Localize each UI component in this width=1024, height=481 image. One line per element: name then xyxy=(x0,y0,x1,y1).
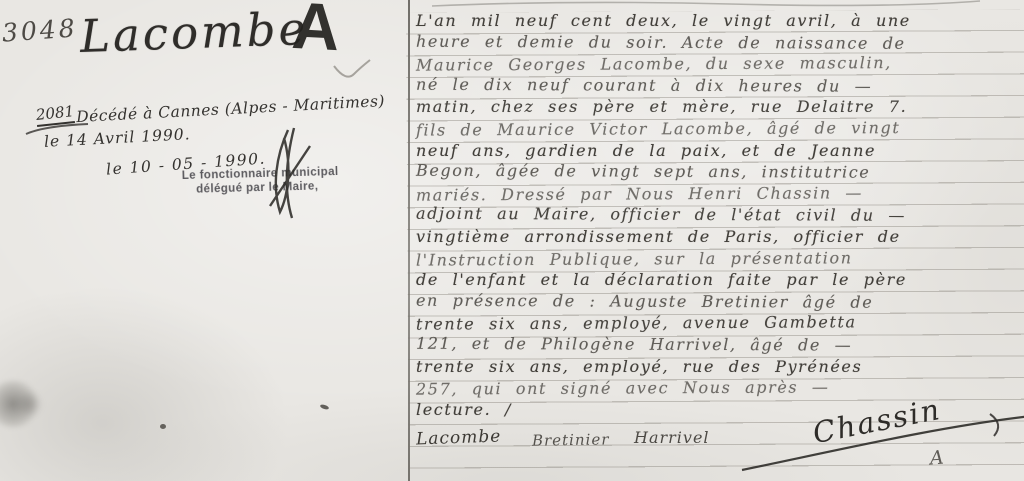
act-line: né le dix neuf courant à dix heures du — xyxy=(416,73,1016,97)
margin-column: 3048 Lacombe A 2081 Décédé à Cannes (Alp… xyxy=(0,0,410,481)
act-line: fils de Maurice Victor Lacombe, âgé de v… xyxy=(416,116,1016,141)
underline-flourish-icon xyxy=(24,122,94,142)
ink-stain-soft xyxy=(14,392,44,416)
act-line: l'Instruction Publique, sur la présentat… xyxy=(416,246,1016,271)
signature-bretinier: Bretinier xyxy=(532,430,610,449)
act-line: trente six ans, employé, rue des Pyrénée… xyxy=(416,356,1016,378)
act-column: L'an mil neuf cent deux, le vingt avril,… xyxy=(410,0,1024,481)
act-line: Begon, âgée de vingt sept ans, institutr… xyxy=(416,160,1016,184)
signature-harrivel: Harrivel xyxy=(634,428,710,447)
registry-number: 3048 xyxy=(1,13,78,47)
official-signature-icon xyxy=(258,126,328,226)
ink-dot xyxy=(320,404,330,411)
act-line: heure et demie du soir. Acte de naissanc… xyxy=(416,30,1016,54)
ink-dot xyxy=(160,424,166,429)
act-line: de l'enfant et la déclaration faite par … xyxy=(416,269,1016,291)
act-line: matin, chez ses père et mère, rue Delait… xyxy=(416,96,1016,118)
surname-heading: Lacombe xyxy=(79,2,309,63)
signature-flourish-icon xyxy=(740,408,1024,478)
top-flourish-icon xyxy=(430,0,990,10)
act-line: neuf ans, gardien de la paix, et de Jean… xyxy=(416,140,1016,162)
act-line: vingtième arrondissement de Paris, offic… xyxy=(416,226,1016,248)
act-line: adjoint au Maire, officier de l'état civ… xyxy=(416,203,1016,227)
act-text: L'an mil neuf cent deux, le vingt avril,… xyxy=(416,10,1016,420)
register-page: 3048 Lacombe A 2081 Décédé à Cannes (Alp… xyxy=(0,0,1024,481)
signature-lacombe: Lacombe xyxy=(416,427,502,450)
death-note-line1: Décédé à Cannes (Alpes - Maritimes) xyxy=(76,92,386,126)
act-line: trente six ans, employé, avenue Gambetta xyxy=(416,311,1016,336)
act-line: L'an mil neuf cent deux, le vingt avril,… xyxy=(416,10,1016,32)
act-line: Maurice Georges Lacombe, du sexe masculi… xyxy=(416,52,1016,77)
pencil-mark-icon xyxy=(330,52,380,92)
act-line: 121, et de Philogène Harrivel, âgé de — xyxy=(416,333,1016,357)
